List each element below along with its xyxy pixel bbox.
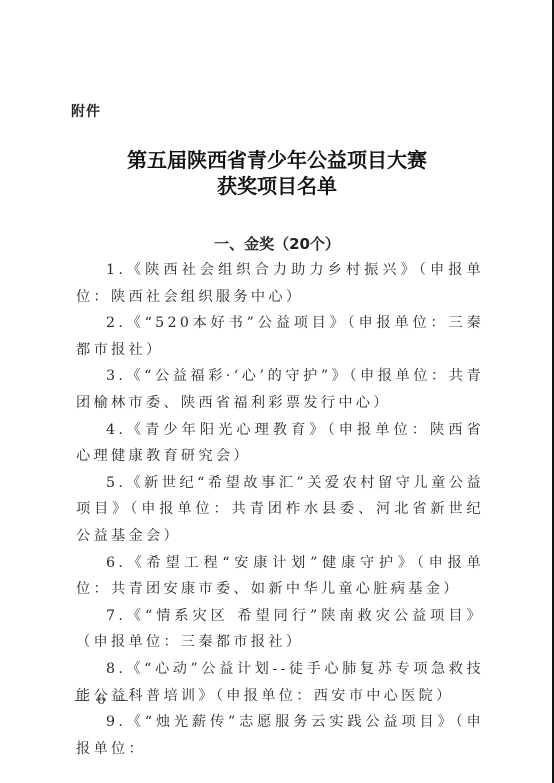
attachment-label: 附件 xyxy=(71,101,101,121)
document-title-line-2: 获奖项目名单 xyxy=(0,173,554,199)
list-item: 9.《“烛光薪传”志愿服务云实践公益项目》（申报单位： xyxy=(76,709,484,762)
list-item: 5.《新世纪“希望故事汇”关爱农村留守儿童公益项目》（申报单位：共青团柞水县委、… xyxy=(76,470,484,550)
list-item: 2.《“520本好书”公益项目》（申报单位：三秦都市报社） xyxy=(76,310,484,363)
list-item: 1.《陕西社会组织合力助力乡村振兴》（申报单位：陕西社会组织服务中心） xyxy=(76,257,484,310)
award-list: 1.《陕西社会组织合力助力乡村振兴》（申报单位：陕西社会组织服务中心） 2.《“… xyxy=(76,257,484,762)
list-item: 8.《“心动”公益计划--徒手心肺复苏专项急救技能公益科普培训》（申报单位：西安… xyxy=(76,656,484,709)
page-number: — 6 — xyxy=(74,693,132,708)
list-item: 7.《“情系灾区 希望同行”陕南救灾公益项目》（申报单位：三秦都市报社） xyxy=(76,603,484,656)
list-item: 6.《希望工程“安康计划”健康守护》（申报单位：共青团安康市委、如新中华儿童心脏… xyxy=(76,550,484,603)
list-item: 3.《“公益福彩·‘心’的守护”》（申报单位：共青团榆林市委、陕西省福利彩票发行… xyxy=(76,363,484,416)
document-title-line-1: 第五届陕西省青少年公益项目大赛 xyxy=(0,147,554,173)
section-heading-gold-award: 一、金奖（20个） xyxy=(0,233,554,254)
list-item: 4.《青少年阳光心理教育》（申报单位：陕西省心理健康教育研究会） xyxy=(76,417,484,470)
